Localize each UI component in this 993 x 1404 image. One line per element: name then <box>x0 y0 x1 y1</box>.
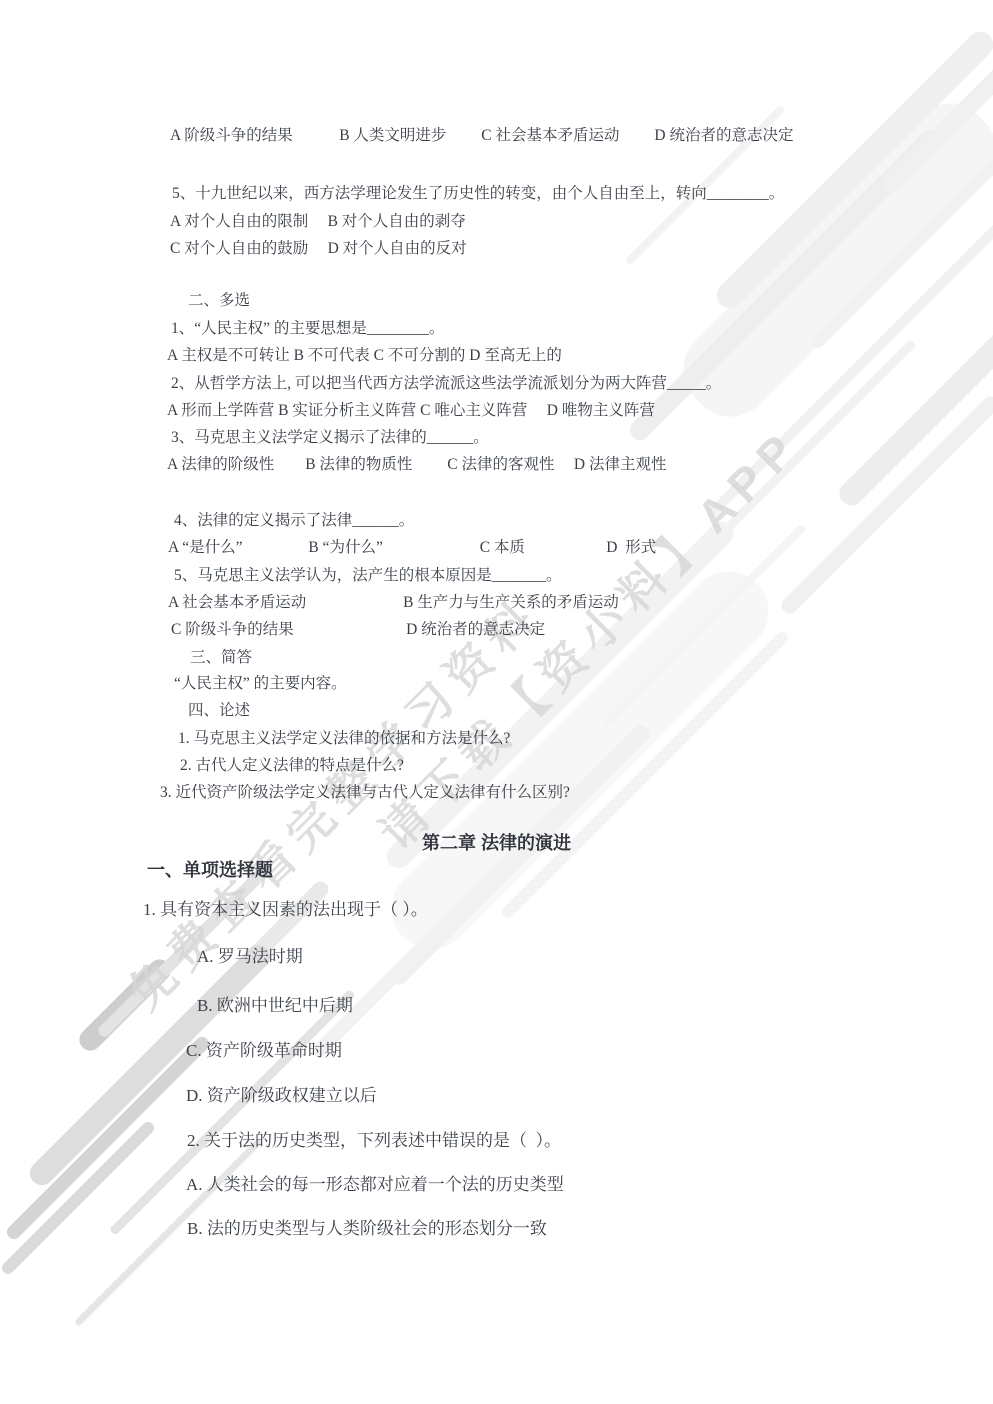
section-short-answer: 三、简答 <box>190 650 252 666</box>
sc-q1-option-c: C. 资产阶级革命时期 <box>186 1042 342 1060</box>
mc-question-5: 5、十九世纪以来，西方法学理论发生了历史性的转变，由个人自由至上，转向_____… <box>172 186 784 202</box>
ms-q3-options: A 法律的阶级性 B 法律的物质性 C 法律的客观性 D 法律主观性 <box>167 457 666 473</box>
ms-question-2: 2、从哲学方法上, 可以把当代西方法学流派这些法学流派划分为两大阵营_____。 <box>171 376 721 392</box>
ms-question-5: 5、马克思主义法学认为，法产生的根本原因是_______。 <box>174 568 562 584</box>
section-multi-select: 二、多选 <box>188 293 250 309</box>
sc-q1-option-b: B. 欧洲中世纪中后期 <box>197 997 353 1015</box>
ms-question-3: 3、马克思主义法学定义揭示了法律的______。 <box>171 430 489 446</box>
essay-question-3: 3. 近代资产阶级法学定义法律与古代人定义法律有什么区别? <box>160 785 570 801</box>
ms-q1-options: A 主权是不可转让 B 不可代表 C 不可分割的 D 至高无上的 <box>167 348 562 364</box>
mc-q5-options-cd: C 对个人自由的鼓励 D 对个人自由的反对 <box>170 241 467 257</box>
sc-q1-option-d: D. 资产阶级政权建立以后 <box>186 1087 377 1105</box>
ms-q5-options-cd: C 阶级斗争的结果 D 统治者的意志决定 <box>171 622 545 638</box>
mc-q5-options-ab: A 对个人自由的限制 B 对个人自由的剥夺 <box>170 214 466 230</box>
section-essay: 四、论述 <box>188 703 250 719</box>
short-answer-question: “人民主权” 的主要内容。 <box>174 676 347 692</box>
essay-question-1: 1. 马克思主义法学定义法律的依据和方法是什么? <box>178 731 510 747</box>
essay-question-2: 2. 古代人定义法律的特点是什么? <box>180 758 404 774</box>
sc-question-2: 2. 关于法的历史类型，下列表述中错误的是（ ）。 <box>187 1132 561 1150</box>
ms-q4-options: A “是什么” B “为什么” C 本质 D 形式 <box>168 540 656 556</box>
document-page: 免费查看完整学习资料 请下载【资小料】APP A 阶级斗争的结果 B 人类文明进… <box>0 0 993 1404</box>
mc-q4-options-row: A 阶级斗争的结果 B 人类文明进步 C 社会基本矛盾运动 D 统治者的意志决定 <box>170 128 793 144</box>
sc-q2-option-a: A. 人类社会的每一形态都对应着一个法的历史类型 <box>186 1176 564 1194</box>
ms-q5-options-ab: A 社会基本矛盾运动 B 生产力与生产关系的矛盾运动 <box>168 595 619 611</box>
chapter-2-heading: 第二章 法律的演进 <box>0 834 993 853</box>
sc-q1-option-a: A. 罗马法时期 <box>197 948 303 966</box>
sc-question-1: 1. 具有资本主义因素的法出现于（ ）。 <box>143 901 428 919</box>
ms-q2-options: A 形而上学阵营 B 实证分析主义阵营 C 唯心主义阵营 D 唯物主义阵营 <box>167 403 655 419</box>
ms-question-1: 1、“人民主权” 的主要思想是________。 <box>171 321 444 337</box>
section-single-choice: 一、单项选择题 <box>147 861 273 880</box>
sc-q2-option-b: B. 法的历史类型与人类阶级社会的形态划分一致 <box>187 1220 547 1238</box>
ms-question-4: 4、法律的定义揭示了法律______。 <box>174 513 414 529</box>
